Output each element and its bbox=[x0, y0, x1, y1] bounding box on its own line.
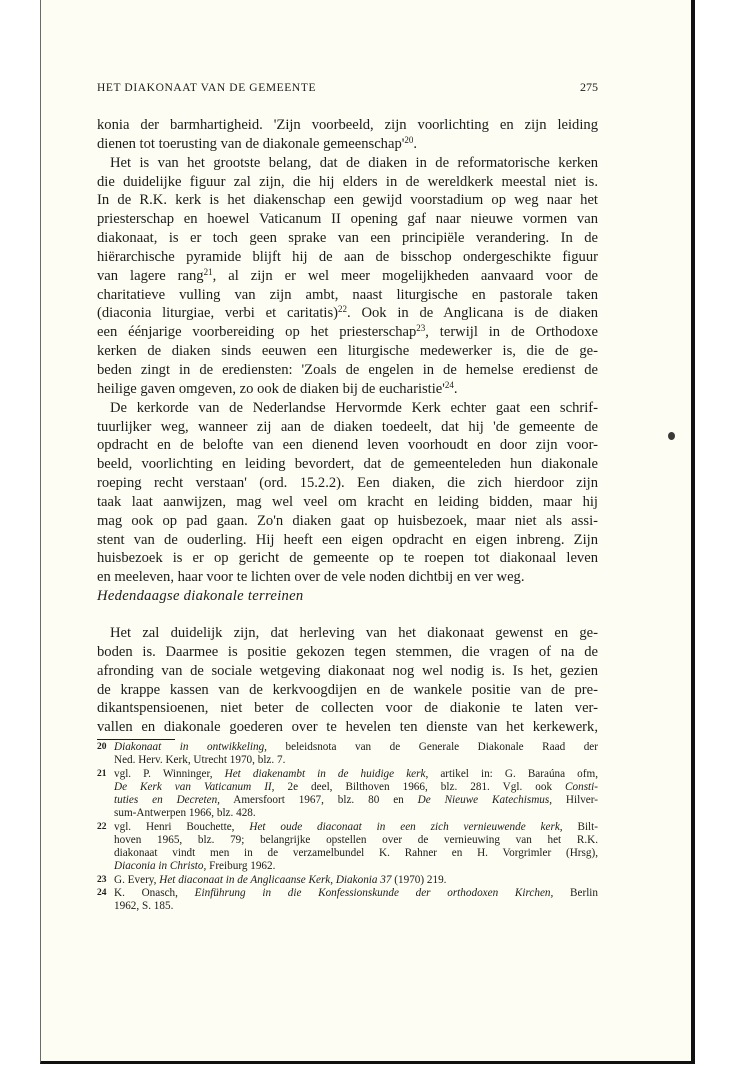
footnote: 23 G. Every, Het diaconaat in de Anglica… bbox=[97, 874, 598, 887]
text-line: priesterschap en hoewel Vaticanum II ope… bbox=[97, 210, 598, 229]
footnote-number: 24 bbox=[97, 887, 114, 914]
text-line: hiërarchische pyramide blijft hij de aan… bbox=[97, 248, 598, 267]
body-text: konia der barmhartigheid. 'Zijn voorbeel… bbox=[97, 116, 598, 587]
footnote-number: 21 bbox=[97, 768, 114, 821]
text-line: een éénjarige voorbereiding op het pries… bbox=[97, 323, 598, 342]
text-line: (diaconia liturgiae, verbi et caritatis)… bbox=[97, 304, 598, 323]
footnote: 21 vgl. P. Winninger, Het diakenambt in … bbox=[97, 768, 598, 821]
text-line: mag ook op pad gaan. Zo'n diaken gaat op… bbox=[97, 512, 598, 531]
text-line: van lagere rang21, al zijn er wel meer m… bbox=[97, 267, 598, 286]
text-line: taak laat aanwijzen, mag wel veel om kra… bbox=[97, 493, 598, 512]
footnote-number: 23 bbox=[97, 874, 114, 887]
scan-speck bbox=[668, 432, 675, 440]
footnote: 24 K. Onasch, Einführung in die Konfessi… bbox=[97, 887, 598, 914]
footnote-number: 22 bbox=[97, 821, 114, 874]
running-title: HET DIAKONAAT VAN DE GEMEENTE bbox=[97, 82, 316, 94]
body-text-2: Het zal duidelijk zijn, dat herleving va… bbox=[97, 624, 598, 737]
footnote-rule bbox=[97, 739, 175, 740]
footnote-ref: 23 bbox=[416, 323, 425, 333]
text-line: In de R.K. kerk is het diakenschap een g… bbox=[97, 191, 598, 210]
text-line: opdracht en de belofte van een dienend l… bbox=[97, 436, 598, 455]
text-line: diakonaat, is er toch geen sprake van ee… bbox=[97, 229, 598, 248]
page-number: 275 bbox=[580, 80, 598, 95]
text-line: en meeleven, haar voor te lichten over d… bbox=[97, 568, 598, 587]
footnote-number: 20 bbox=[97, 741, 114, 768]
footnote-ref: 20 bbox=[404, 135, 413, 145]
text-line: roeping recht verstaan' (ord. 15.2.2). E… bbox=[97, 474, 598, 493]
section-heading: Hedendaagse diakonale terreinen bbox=[97, 588, 304, 605]
text-line: beeld, voorlichting en leiding bevordert… bbox=[97, 455, 598, 474]
text-line: charitatieve vulling van zijn ambt, naas… bbox=[97, 286, 598, 305]
text-line: tuurlijker weg, wanneer zij aan de diake… bbox=[97, 418, 598, 437]
text-line: de krappe kassen van de kerkvoogdijen en… bbox=[97, 681, 598, 700]
text-line: beden zingt in de erediensten: 'Zoals de… bbox=[97, 361, 598, 380]
text-line: boden is. Daarmee is positie gekozen teg… bbox=[97, 643, 598, 662]
running-head: HET DIAKONAAT VAN DE GEMEENTE 275 bbox=[97, 80, 598, 95]
text-line: afronding van de sociale wetgeving diako… bbox=[97, 662, 598, 681]
text-line: stent van de ouderling. Hij heeft een ei… bbox=[97, 531, 598, 550]
text-line: konia der barmhartigheid. 'Zijn voorbeel… bbox=[97, 116, 598, 135]
text-line: vallen en diakonale goederen over te hev… bbox=[97, 718, 598, 737]
text-line: die duidelijke figuur zal zijn, die hij … bbox=[97, 173, 598, 192]
text-line: huisbezoek is er op gericht de gemeente … bbox=[97, 549, 598, 568]
footnote-ref: 21 bbox=[204, 267, 213, 277]
footnote-ref: 22 bbox=[338, 304, 347, 314]
footnote: 20 Diakonaat in ontwikkeling, beleidsnot… bbox=[97, 741, 598, 768]
text-line: Het is van het grootste belang, dat de d… bbox=[97, 154, 598, 173]
footnote-ref: 24 bbox=[445, 380, 454, 390]
text-line: Het zal duidelijk zijn, dat herleving va… bbox=[97, 624, 598, 643]
text-line: heilige gaven omgeven, zo ook de diaken … bbox=[97, 380, 598, 399]
text-line: De kerkorde van de Nederlandse Hervormde… bbox=[97, 399, 598, 418]
text-line: dienen tot toerusting van de diakonale g… bbox=[97, 135, 598, 154]
text-line: dikantspensioenen, niet beter de collect… bbox=[97, 699, 598, 718]
footnote: 22 vgl. Henri Bouchette, Het oude diacon… bbox=[97, 821, 598, 874]
text-line: kerken de diaken sinds eeuwen een liturg… bbox=[97, 342, 598, 361]
footnotes: 20 Diakonaat in ontwikkeling, beleidsnot… bbox=[97, 741, 598, 913]
